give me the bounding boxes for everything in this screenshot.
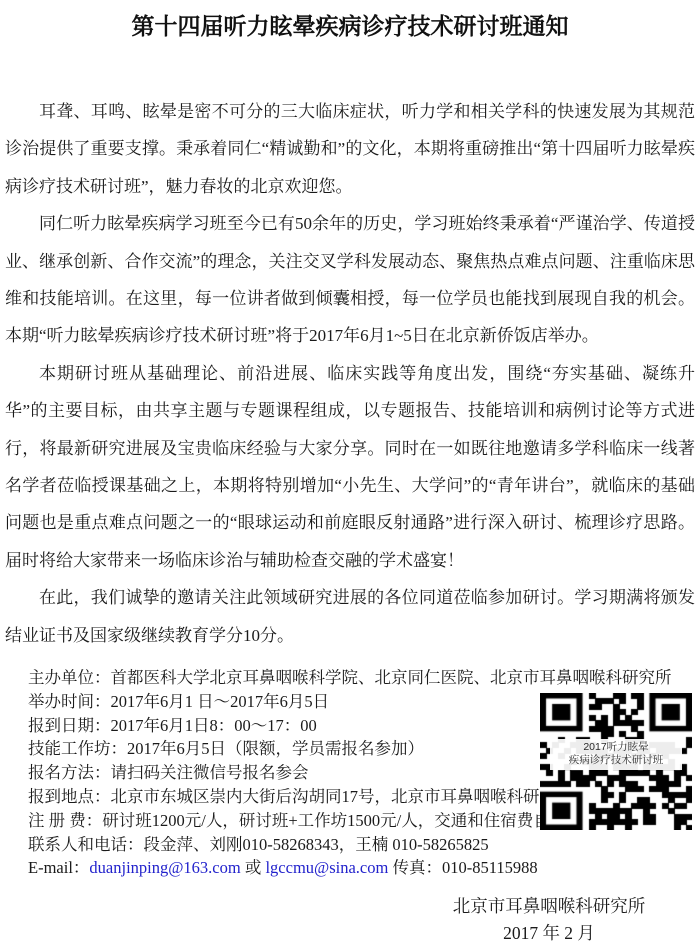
body-text: 耳聋、耳鸣、眩晕是密不可分的三大临床症状，听力学和相关学科的快速发展为其规范诊治…: [0, 93, 700, 654]
signature-block: 北京市耳鼻咽喉科研究所 2017 年 2 月: [414, 893, 684, 947]
detail-value: 2017年6月1 日～2017年6月5日: [111, 692, 330, 711]
detail-value: 首都医科大学北京耳鼻咽喉科学院、北京同仁医院、北京市耳鼻咽喉科研究所: [111, 668, 672, 687]
detail-label: 报名方法：: [28, 763, 111, 782]
detail-label: 报到日期：: [28, 716, 111, 735]
detail-value: 北京市东城区崇内大街后沟胡同17号，北京市耳鼻咽喉科研究所200室: [111, 787, 614, 806]
detail-value: 2017年6月1日8：00～17：00: [111, 716, 317, 735]
qr-code-caption: 2017听力眩晕 疾病诊疗技术研讨班: [550, 739, 682, 770]
qr-code: 2017听力眩晕 疾病诊疗技术研讨班: [540, 693, 692, 830]
email-separator: 或: [245, 858, 262, 877]
email-label: E-mail：: [28, 858, 89, 877]
document-page: 第十四届听力眩晕疾病诊疗技术研讨班通知 耳聋、耳鸣、眩晕是密不可分的三大临床症状…: [0, 0, 700, 949]
detail-label: 报到地点：: [28, 787, 111, 806]
detail-label: 举办时间：: [28, 692, 111, 711]
paragraph-program: 本期研讨班从基础理论、前沿进展、临床实践等角度出发，围绕“夯实基础、凝练升华”的…: [5, 355, 695, 579]
signature-date: 2017 年 2 月: [414, 920, 684, 947]
detail-value: 2017年6月5日（限额，学员需报名参加）: [127, 739, 424, 758]
detail-value: 研讨班1200元/人，研讨班+工作坊1500元/人，交通和住宿费自理: [102, 811, 566, 830]
detail-item-contacts: 联系人和电话：段金萍、刘刚010-58268343，王楠 010-5826582…: [28, 833, 696, 857]
detail-label: 联系人和电话：: [28, 835, 144, 854]
detail-label: 技能工作坊：: [28, 739, 127, 758]
email-link-lgccmu[interactable]: lgccmu@sina.com: [265, 858, 388, 877]
paragraph-history: 同仁听力眩晕疾病学习班至今已有50余年的历史，学习班始终秉承着“严谨治学、传道授…: [5, 205, 695, 355]
signature-organization: 北京市耳鼻咽喉科研究所: [414, 893, 684, 920]
detail-value: 段金萍、刘刚010-58268343，王楠 010-58265825: [144, 835, 489, 854]
document-title: 第十四届听力眩晕疾病诊疗技术研讨班通知: [6, 12, 694, 40]
qr-caption-line2: 疾病诊疗技术研讨班: [550, 754, 682, 767]
paragraph-intro: 耳聋、耳鸣、眩晕是密不可分的三大临床症状，听力学和相关学科的快速发展为其规范诊治…: [5, 93, 695, 205]
detail-label: 注 册 费：: [28, 811, 102, 830]
paragraph-invitation: 在此，我们诚挚的邀请关注此领域研究进展的各位同道莅临参加研讨。学习期满将颁发结业…: [5, 579, 695, 654]
detail-item-organizer: 主办单位：首都医科大学北京耳鼻咽喉科学院、北京同仁医院、北京市耳鼻咽喉科研究所: [28, 666, 696, 690]
qr-caption-line1: 2017听力眩晕: [550, 741, 682, 754]
fax-number: 传真：010-85115988: [392, 858, 537, 877]
detail-item-email: E-mail：duanjinping@163.com 或 lgccmu@sina…: [28, 856, 696, 880]
detail-value: 请扫码关注微信号报名参会: [111, 763, 309, 782]
detail-label: 主办单位：: [28, 668, 111, 687]
email-link-duanjinping[interactable]: duanjinping@163.com: [89, 858, 240, 877]
